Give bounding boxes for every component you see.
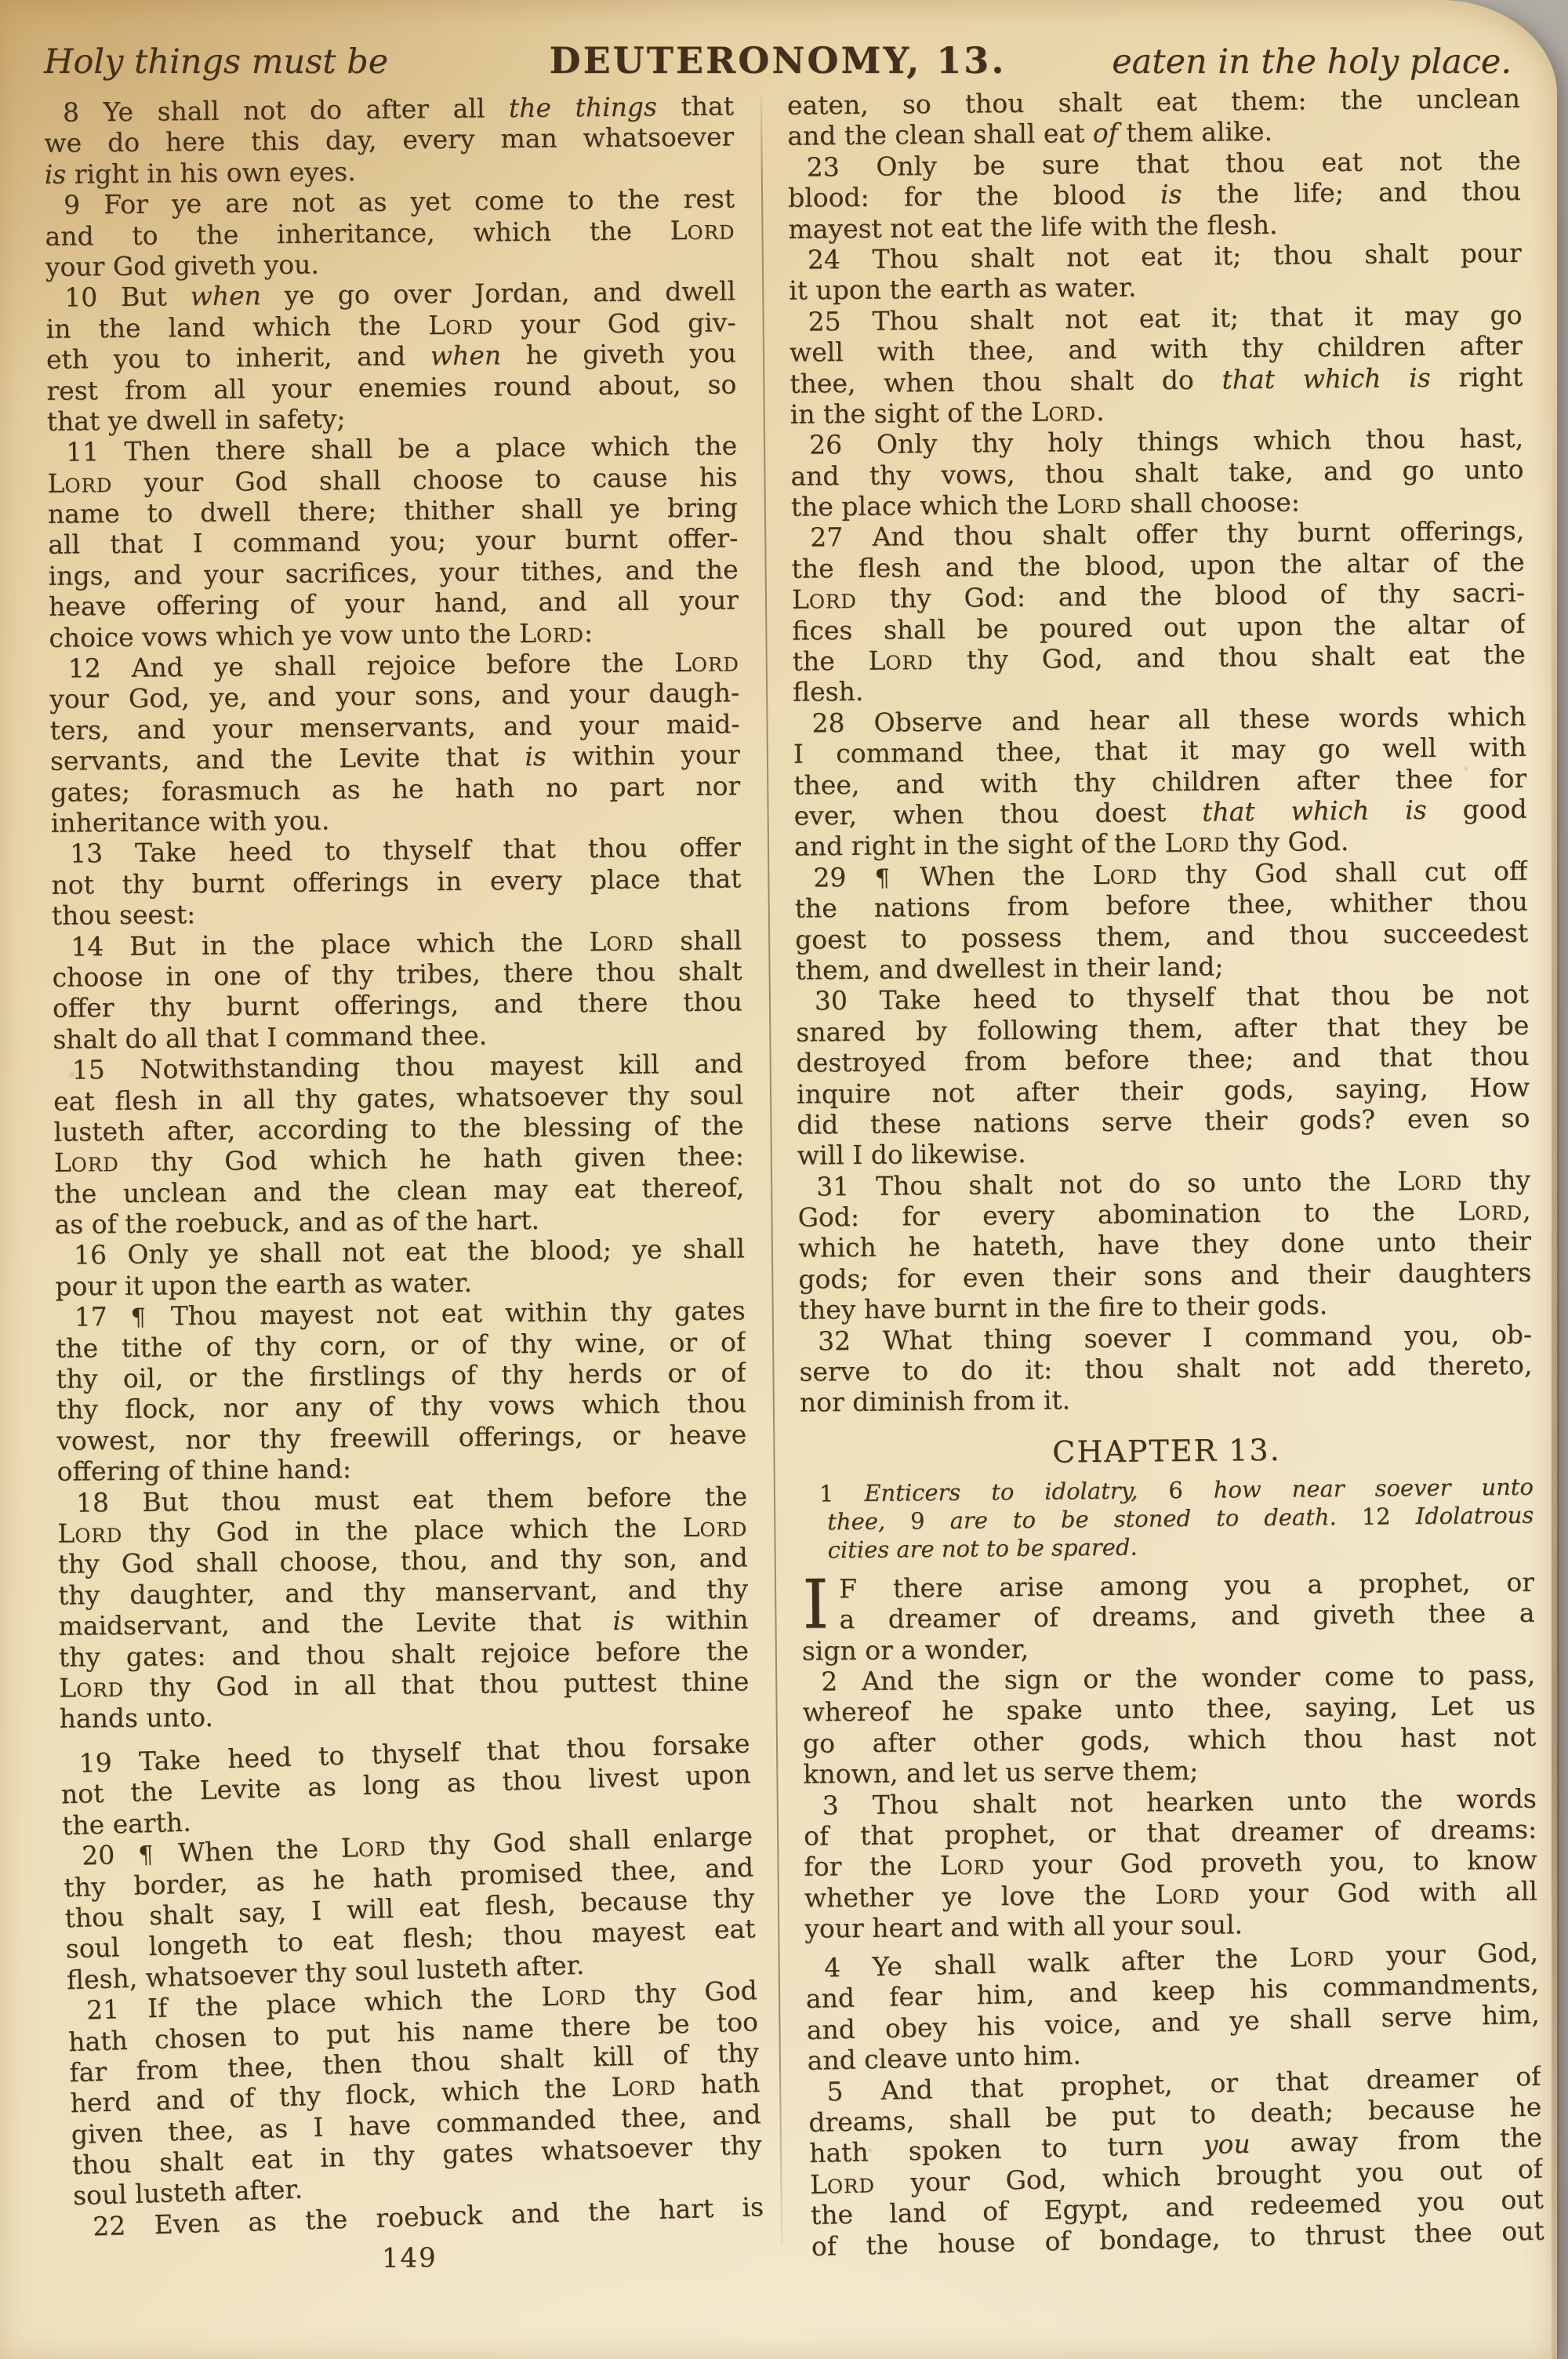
lord-smallcaps: LORD [810, 2168, 876, 2200]
pilcrow-mark: ¶ [131, 1304, 147, 1332]
text-line: we do here this day, every man whatsoeve… [44, 122, 734, 159]
lord-smallcaps: LORD [59, 1672, 124, 1703]
dropcap-paragraph: I F there arise among you a prophet, ora… [801, 1567, 1535, 1667]
text-line: nor diminish from it. [800, 1380, 1533, 1418]
lord-smallcaps: LORD [670, 214, 735, 245]
text-line: hands unto. [59, 1697, 749, 1735]
lord-smallcaps: LORD [611, 2070, 677, 2102]
text-line: 16 Only ye shall not eat the blood; ye s… [55, 1234, 745, 1271]
book-title: DEUTERONOMY, 13. [550, 39, 1007, 82]
lord-smallcaps: LORD [589, 925, 654, 957]
lord-smallcaps: LORD [792, 583, 857, 615]
dropcap-lines: F there arise among you a prophet, ora d… [801, 1567, 1535, 1667]
right-column-text: eaten, so thou shalt eat them: the uncle… [787, 83, 1533, 1419]
right-column: eaten, so thou shalt eat them: the uncle… [787, 83, 1541, 2270]
chapter-summary: 1 Enticers to idolatry, 6 how near soeve… [800, 1473, 1534, 1565]
left-column-text: 8 Ye shall not do after all the things t… [44, 90, 750, 1734]
bible-page: Holy things must be DEUTERONOMY, 13. eat… [0, 0, 1557, 2359]
lord-smallcaps: LORD [541, 1979, 607, 2012]
lord-smallcaps: LORD [868, 645, 933, 676]
text-line: offer thy burnt offerings, and there tho… [53, 987, 742, 1024]
lord-smallcaps: LORD [1031, 396, 1096, 427]
text-line: rest from all your enemies round about, … [46, 369, 736, 406]
lord-smallcaps: LORD [340, 1830, 406, 1863]
lord-smallcaps: LORD [1164, 827, 1229, 859]
right-column-text-2: 2 And the sign or the wonder come to pas… [802, 1659, 1537, 1944]
lord-smallcaps: LORD [1397, 1165, 1462, 1196]
text-columns: 8 Ye shall not do after all the things t… [0, 82, 1568, 2277]
lord-smallcaps: LORD [47, 467, 112, 499]
left-column: 8 Ye shall not do after all the things t… [44, 90, 755, 2277]
lord-smallcaps: LORD [1092, 859, 1157, 890]
left-column-text-bottom: 19 Take heed to thyself that thou forsak… [60, 1728, 764, 2242]
pilcrow-mark: ¶ [138, 1841, 154, 1870]
page-number: 149 [64, 2239, 754, 2277]
text-line: and to the inheritance, which the LORD [45, 214, 735, 252]
text-line: gates; forasmuch as he hath no part nor [50, 770, 740, 808]
lord-smallcaps: LORD [940, 1850, 1005, 1881]
lord-smallcaps: LORD [54, 1147, 119, 1178]
lord-smallcaps: LORD [674, 646, 739, 678]
lord-smallcaps: LORD [519, 617, 584, 649]
lord-smallcaps: LORD [1057, 489, 1122, 520]
photo-backdrop: Holy things must be DEUTERONOMY, 13. eat… [0, 0, 1568, 2359]
dropcap-letter: I [802, 1575, 829, 1634]
column-divider [760, 95, 782, 2244]
lord-smallcaps: LORD [428, 309, 493, 340]
lord-smallcaps: LORD [1457, 1195, 1523, 1227]
lord-smallcaps: LORD [682, 1511, 747, 1543]
right-column-text-bottom: 4 Ye shall walk after the LORD your God,… [805, 1937, 1544, 2262]
lord-smallcaps: LORD [1289, 1941, 1355, 1973]
chapter-heading: CHAPTER 13. [800, 1432, 1533, 1470]
lord-smallcaps: LORD [1155, 1878, 1220, 1910]
lord-smallcaps: LORD [57, 1518, 122, 1549]
running-head-left: Holy things must be [44, 42, 550, 82]
running-head-right: eaten in the holy place. [1006, 42, 1512, 82]
pilcrow-mark: ¶ [875, 864, 891, 892]
running-head: Holy things must be DEUTERONOMY, 13. eat… [0, 0, 1557, 94]
